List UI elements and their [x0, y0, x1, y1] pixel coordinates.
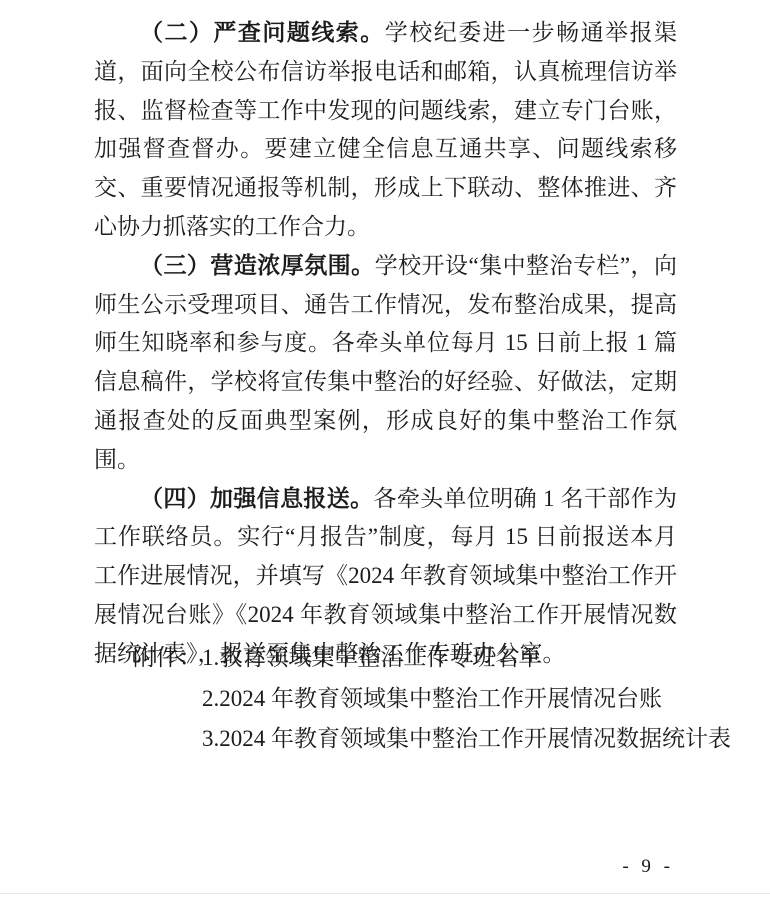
document-body: （二）严查问题线索。学校纪委进一步畅通举报渠道，面向全校公布信访举报电话和邮箱，… [94, 14, 677, 674]
paragraph-3-heading: （三）营造浓厚氛围。 [140, 253, 375, 278]
attachment-item-3: 3.2024 年教育领域集中整治工作开展情况数据统计表 [202, 719, 731, 760]
paragraph-2: （二）严查问题线索。学校纪委进一步畅通举报渠道，面向全校公布信访举报电话和邮箱，… [94, 14, 677, 247]
attachment-label: 附件： [133, 638, 202, 679]
attachment-item-2: 2.2024 年教育领域集中整治工作开展情况台账 [202, 679, 731, 720]
attachment-list: 附件： 1.教育领域集中整治工作专班名单 2.2024 年教育领域集中整治工作开… [133, 638, 731, 760]
page-edge-line [0, 893, 770, 894]
attachment-items: 1.教育领域集中整治工作专班名单 2.2024 年教育领域集中整治工作开展情况台… [202, 638, 731, 760]
attachment-item-1: 1.教育领域集中整治工作专班名单 [202, 638, 731, 679]
paragraph-3: （三）营造浓厚氛围。学校开设“集中整治专栏”，向师生公示受理项目、通告工作情况，… [94, 247, 677, 480]
paragraph-2-heading: （二）严查问题线索。 [140, 20, 385, 45]
paragraph-4-heading: （四）加强信息报送。 [140, 486, 373, 511]
document-page: （二）严查问题线索。学校纪委进一步畅通举报渠道，面向全校公布信访举报电话和邮箱，… [0, 0, 770, 907]
paragraph-3-text: 学校开设“集中整治专栏”，向师生公示受理项目、通告工作情况，发布整治成果，提高师… [94, 253, 677, 472]
page-number: - 9 - [622, 856, 674, 878]
paragraph-2-text: 学校纪委进一步畅通举报渠道，面向全校公布信访举报电话和邮箱，认真梳理信访举报、监… [94, 20, 677, 239]
